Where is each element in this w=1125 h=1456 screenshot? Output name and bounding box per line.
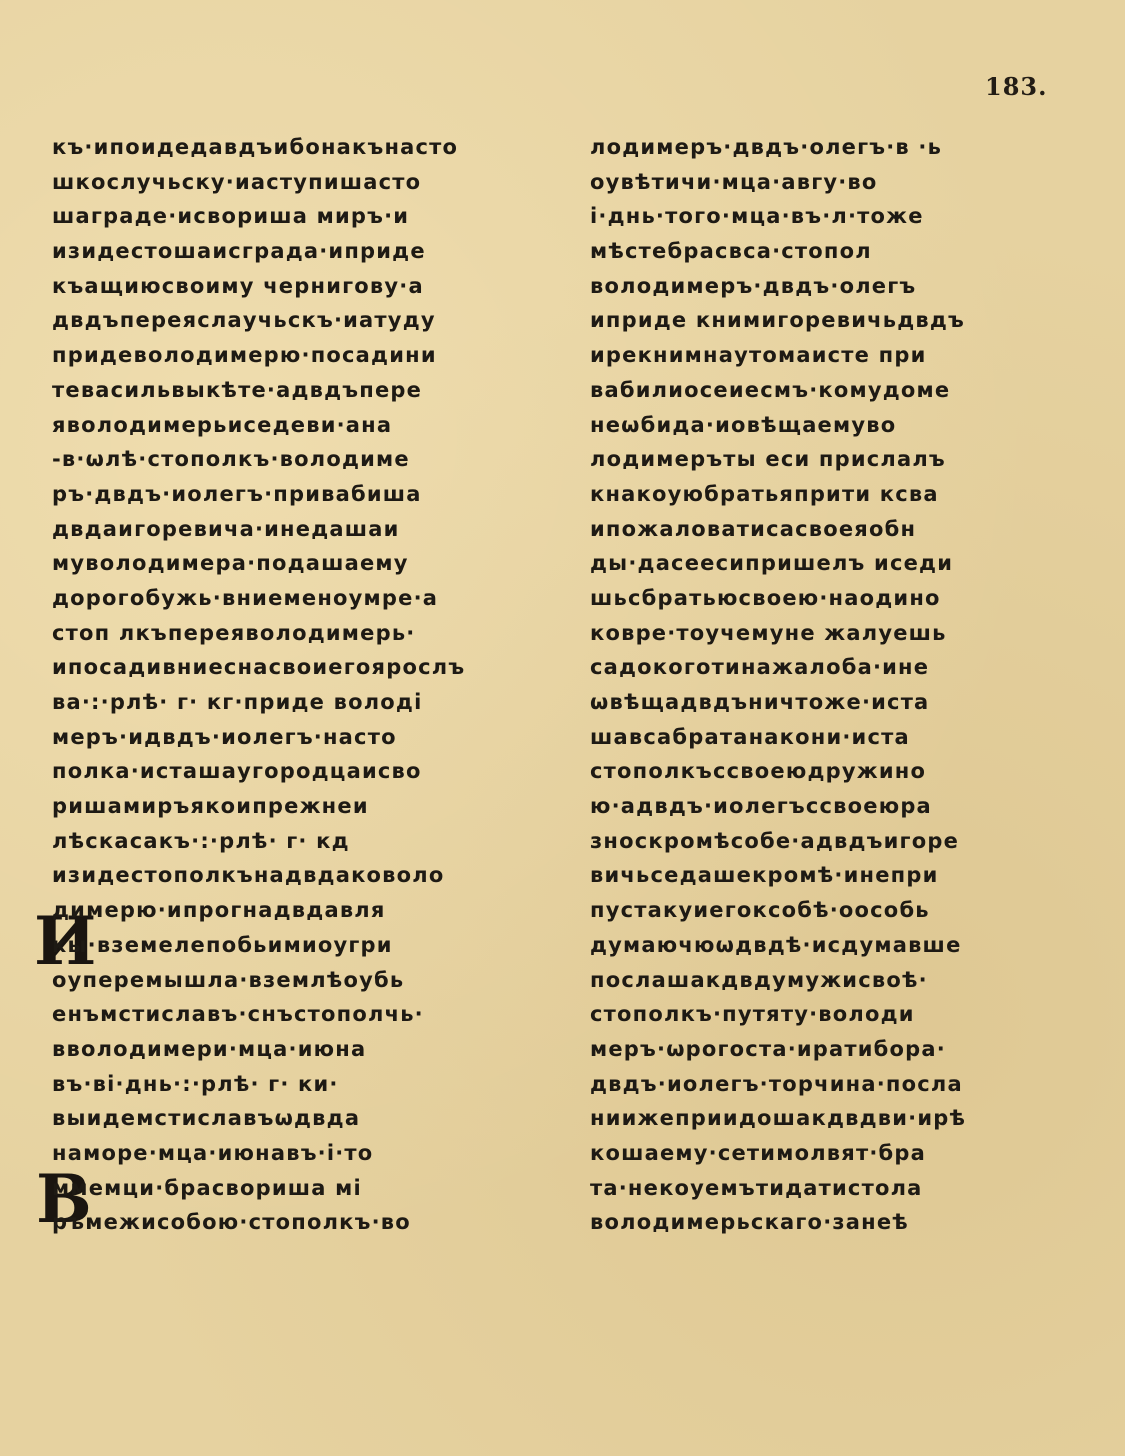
text-line: -в·ѡлѣ·стополкъ·володиме [52,442,552,477]
text-line: енъмстиславъ·снъстополчь· [52,997,552,1032]
text-line: муволодимера·подашаему [52,546,552,581]
right-text-column: лодимеръ·двдъ·олегъ·в ·ь оувѣтичи·мца·ав… [590,130,1050,1240]
text-line: ковре·тоучемуне жалуешь [590,616,1050,651]
text-line: двдъпереяслаучьскъ·иатуду [52,303,552,338]
text-line: выидемстиславъѡдвда [52,1101,552,1136]
text-line: вичьседашекромѣ·инепри [590,858,1050,893]
text-line: оувѣтичи·мца·авгу·во [590,165,1050,200]
text-line: ммемци·брасвориша мі [52,1171,552,1206]
text-line: къащиюсвоиму чернигову·а [52,269,552,304]
text-line: кы·вземелепобьимиоугри [52,928,552,963]
text-line: ирекнимнаутомаисте при [590,338,1050,373]
text-line: ръмежисобою·стополкъ·во [52,1205,552,1240]
text-line: вабилиосеиесмъ·комудоме [590,373,1050,408]
text-line: лѣскасакъ·:·рлѣ· г· кд [52,824,552,859]
text-line: стополкъ·путяту·володи [590,997,1050,1032]
text-line: неѡбида·иовѣщаемуво [590,408,1050,443]
page-number: 183. [985,72,1047,101]
text-line: шавсабратанакони·иста [590,720,1050,755]
text-line: придеволодимерю·посадини [52,338,552,373]
text-line: ниижеприидошакдвдви·ирѣ [590,1101,1050,1136]
text-line: і·днь·того·мца·въ·л·тоже [590,199,1050,234]
text-line: володимеръ·двдъ·олегъ [590,269,1050,304]
text-line: меръ·ѡрогоста·иратибора· [590,1032,1050,1067]
text-line: володимерьскаго·занеѣ [590,1205,1050,1240]
text-line: шкослучьску·иаступишасто [52,165,552,200]
text-line: шаграде·исвориша миръ·и [52,199,552,234]
text-line: наморе·мца·июнавъ·і·то [52,1136,552,1171]
text-line: оуперемышла·вземлѣоубь [52,963,552,998]
text-line: думаючюѡдвдѣ·исдумавше [590,928,1050,963]
text-line: стоп лкъпереяволодимерь· [52,616,552,651]
text-line: ришамиръякоипрежнеи [52,789,552,824]
text-line: ипожаловатисасвоеяобн [590,512,1050,547]
text-line: кнакоуюбратьяприти ксва [590,477,1050,512]
text-line: тевасильвыкѣте·адвдъпере [52,373,552,408]
text-line: меръ·идвдъ·иолегъ·насто [52,720,552,755]
text-line: ѡвѣщадвдъничтоже·иста [590,685,1050,720]
text-line: шьсбратьюсвоею·наодино [590,581,1050,616]
text-line: садокоготинажалоба·ине [590,650,1050,685]
text-line: иприде книмигоревичьдвдъ [590,303,1050,338]
text-line: мѣстебрасвса·стопол [590,234,1050,269]
text-line: ипосадивниеснасвоиегоярослъ [52,650,552,685]
text-line: полка·исташаугородцаисво [52,754,552,789]
text-line: ръ·двдъ·иолегъ·привабиша [52,477,552,512]
text-line: въ·ві·днь·:·рлѣ· г· ки· [52,1067,552,1102]
text-line: двдъ·иолегъ·торчина·посла [590,1067,1050,1102]
text-line: яволодимерьиседеви·ана [52,408,552,443]
text-line: вволодимери·мца·июна [52,1032,552,1067]
text-line: дорогобужь·вниеменоумре·а [52,581,552,616]
text-line: ва·:·рлѣ· г· кг·Приде володі [52,685,552,720]
text-line: димерю·ипрогнадвдавля [52,893,552,928]
text-line: стополкъссвоеюдружино [590,754,1050,789]
text-line: ды·дасеесипришелъ иседи [590,546,1050,581]
text-line: ю·адвдъ·иолегъссвоеюра [590,789,1050,824]
left-text-column: къ·ипоидедавдъибонакънасто шкослучьску·и… [52,130,552,1240]
text-line: къ·ипоидедавдъибонакънасто [52,130,552,165]
text-line: изидестошаисграда·иприде [52,234,552,269]
text-line: лодимеръ·двдъ·олегъ·в ·ь [590,130,1050,165]
text-line: та·некоуемътидатистола [590,1171,1050,1206]
text-line: лодимеръты еси прислалъ [590,442,1050,477]
text-line: двдаигоревича·инедашаи [52,512,552,547]
text-line: кошаему·сетимолвят·бра [590,1136,1050,1171]
text-line: зноскромѣсобе·адвдъигоре [590,824,1050,859]
text-line: пустакуиегоксобѣ·оособь [590,893,1050,928]
text-line: послашакдвдумужисвоѣ· [590,963,1050,998]
text-line: изидестополкънадвдаковоло [52,858,552,893]
